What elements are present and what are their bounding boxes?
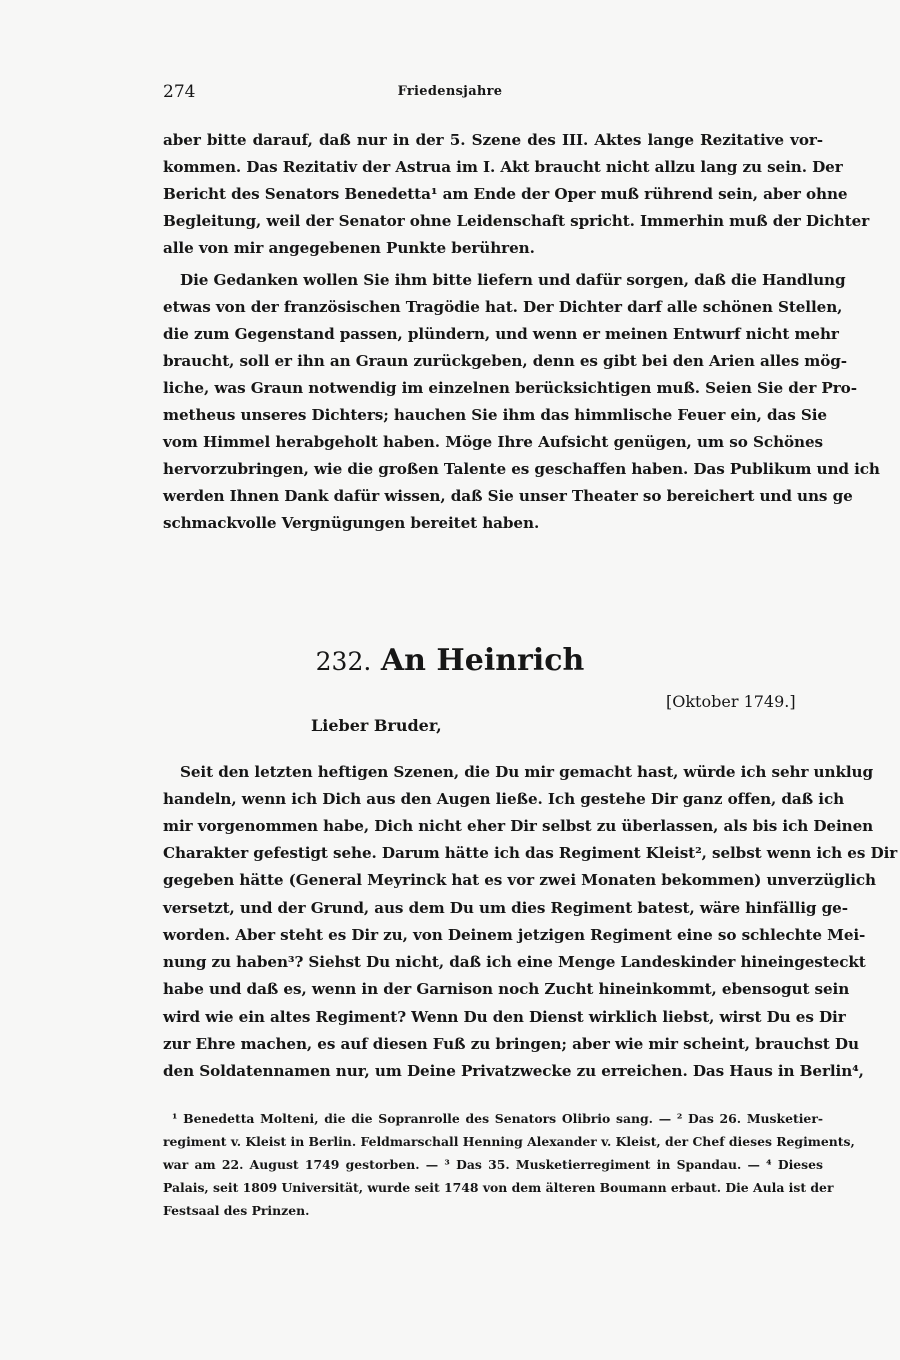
letter-title: An Heinrich xyxy=(381,643,584,678)
text-line: nung zu haben³? Siehst Du nicht, daß ich… xyxy=(163,952,823,972)
text-line: vom Himmel herabgeholt haben. Möge Ihre … xyxy=(163,432,823,452)
text-line: hervorzubringen, wie die großen Talente … xyxy=(163,459,823,479)
text-line: mir vorgenommen habe, Dich nicht eher Di… xyxy=(163,816,823,836)
footnote-line: ¹ Benedetta Molteni, die die Sopranrolle… xyxy=(172,1111,823,1127)
text-line: Begleitung, weil der Senator ohne Leiden… xyxy=(163,211,823,231)
footnote-line: regiment v. Kleist in Berlin. Feldmarsch… xyxy=(163,1134,823,1150)
text-line: die zum Gegenstand passen, plündern, und… xyxy=(163,324,823,344)
text-line: liche, was Graun notwendig im einzelnen … xyxy=(163,378,823,398)
letter-number: 232. xyxy=(316,647,372,676)
text-line: alle von mir angegebenen Punkte berühren… xyxy=(163,238,823,258)
text-line: schmackvolle Vergnügungen bereitet haben… xyxy=(163,513,823,533)
text-line: werden Ihnen Dank dafür wissen, daß Sie … xyxy=(163,486,823,506)
text-line: handeln, wenn ich Dich aus den Augen lie… xyxy=(163,789,823,809)
text-line: Charakter gefestigt sehe. Darum hätte ic… xyxy=(163,843,823,863)
text-line: kommen. Das Rezitativ der Astrua im I. A… xyxy=(163,157,823,177)
footnote-line: war am 22. August 1749 gestorben. — ³ Da… xyxy=(163,1157,823,1173)
text-line: Seit den letzten heftigen Szenen, die Du… xyxy=(180,762,823,782)
book-page: 274 Friedensjahre aber bitte darauf, daß… xyxy=(0,0,900,1360)
letter-heading: 232. An Heinrich xyxy=(0,643,900,678)
text-line: habe und daß es, wenn in der Garnison no… xyxy=(163,979,823,999)
text-line: braucht, soll er ihn an Graun zurückgebe… xyxy=(163,351,823,371)
text-line: wird wie ein altes Regiment? Wenn Du den… xyxy=(163,1007,823,1027)
text-line: etwas von der französischen Tragödie hat… xyxy=(163,297,823,317)
letter-date: [Oktober 1749.] xyxy=(666,692,796,711)
text-line: worden. Aber steht es Dir zu, von Deinem… xyxy=(163,925,823,945)
text-line: Die Gedanken wollen Sie ihm bitte liefer… xyxy=(180,270,823,290)
text-line: metheus unseres Dichters; hauchen Sie ih… xyxy=(163,405,823,425)
text-line: versetzt, und der Grund, aus dem Du um d… xyxy=(163,898,823,918)
text-line: Bericht des Senators Benedetta¹ am Ende … xyxy=(163,184,823,204)
running-title: Friedensjahre xyxy=(0,84,900,99)
footnote-line: Festsaal des Prinzen. xyxy=(163,1203,823,1219)
text-line: den Soldatennamen nur, um Deine Privatzw… xyxy=(163,1061,823,1081)
text-line: aber bitte darauf, daß nur in der 5. Sze… xyxy=(163,130,823,150)
footnote-line: Palais, seit 1809 Universität, wurde sei… xyxy=(163,1180,823,1196)
letter-salutation: Lieber Bruder, xyxy=(311,716,442,735)
text-line: zur Ehre machen, es auf diesen Fuß zu br… xyxy=(163,1034,823,1054)
text-line: gegeben hätte (General Meyrinck hat es v… xyxy=(163,870,823,890)
